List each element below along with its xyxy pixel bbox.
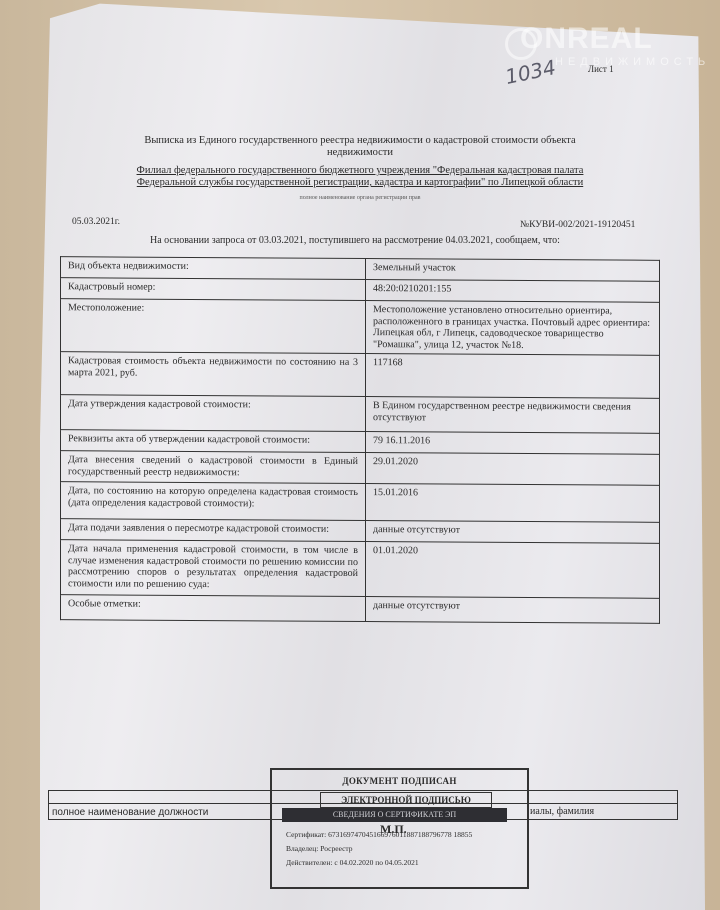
row-label: Дата утверждения кадастровой стоимости: [61, 395, 366, 432]
row-value: Земельный участок [366, 259, 660, 282]
watermark-brand: ONREAL [520, 22, 653, 56]
row-value: 29.01.2020 [366, 453, 660, 486]
document-number: №КУВИ-002/2021-19120451 [520, 220, 635, 230]
row-value: данные отсутствуют [366, 521, 660, 544]
document-title: Выписка из Единого государственного реес… [120, 135, 600, 159]
certificate-owner: Владелец: Росреестр [286, 844, 353, 853]
signature-heading: ДОКУМЕНТ ПОДПИСАН [272, 776, 527, 786]
row-label: Дата, по состоянию на которую определена… [61, 482, 366, 521]
table-row: Дата утверждения кадастровой стоимости:В… [61, 395, 660, 434]
certificate-validity: Действителен: с 04.02.2020 по 04.05.2021 [286, 858, 419, 867]
row-value: Местоположение установлено относительно … [366, 301, 660, 356]
row-value: 117168 [366, 354, 660, 399]
table-row: Дата, по состоянию на которую определена… [61, 482, 660, 523]
row-label: Реквизиты акта об утверждении кадастрово… [61, 430, 366, 453]
electronic-signature-stamp: ДОКУМЕНТ ПОДПИСАН ЭЛЕКТРОННОЙ ПОДПИСЬЮ С… [270, 768, 529, 889]
organization-name: Филиал федерального государственного бюд… [130, 165, 590, 189]
intro-text: На основании запроса от 03.03.2021, пост… [150, 235, 560, 246]
row-label: Дата подачи заявления о пересмотре кадас… [61, 519, 366, 542]
table-row: Особые отметки:данные отсутствуют [61, 595, 660, 624]
table-row: Кадастровая стоимость объекта недвижимос… [61, 352, 660, 399]
signature-subheading: ЭЛЕКТРОННОЙ ПОДПИСЬЮ [320, 792, 492, 808]
table-row: Дата начала применения кадастровой стоим… [61, 540, 660, 599]
row-value: В Едином государственном реестре недвижи… [366, 397, 660, 434]
name-label: иалы, фамилия [530, 806, 594, 817]
table-row: Местоположение:Местоположение установлен… [61, 299, 660, 356]
row-label: Дата внесения сведений о кадастровой сто… [61, 451, 366, 484]
row-value: 01.01.2020 [366, 542, 660, 599]
position-label: полное наименование должности [52, 807, 208, 818]
row-label: Вид объекта недвижимости: [61, 257, 366, 280]
row-label: Дата начала применения кадастровой стоим… [61, 540, 366, 597]
cadastral-info-table: Вид объекта недвижимости:Земельный участ… [60, 256, 660, 624]
document-date: 05.03.2021г. [72, 217, 120, 227]
row-label: Кадастровая стоимость объекта недвижимос… [61, 352, 366, 397]
row-label: Кадастровый номер: [61, 278, 366, 301]
sheet-label: Лист 1 [588, 64, 614, 74]
row-label: Местоположение: [61, 299, 366, 354]
certificate-number: Сертификат: 6731697470451669760118871887… [286, 830, 472, 839]
row-label: Особые отметки: [61, 595, 366, 622]
row-value: данные отсутствуют [366, 597, 660, 624]
row-value: 79 16.11.2016 [366, 432, 660, 455]
row-value: 15.01.2016 [366, 484, 660, 523]
certificate-header-bar: СВЕДЕНИЯ О СЕРТИФИКАТЕ ЭП [282, 808, 507, 822]
table-row: Дата внесения сведений о кадастровой сто… [61, 451, 660, 486]
organization-caption: полное наименование органа регистрации п… [130, 195, 590, 201]
row-value: 48:20:0210201:155 [366, 280, 660, 303]
watermark-subtitle: НЕДВИЖИМОСТЬ [555, 56, 710, 68]
